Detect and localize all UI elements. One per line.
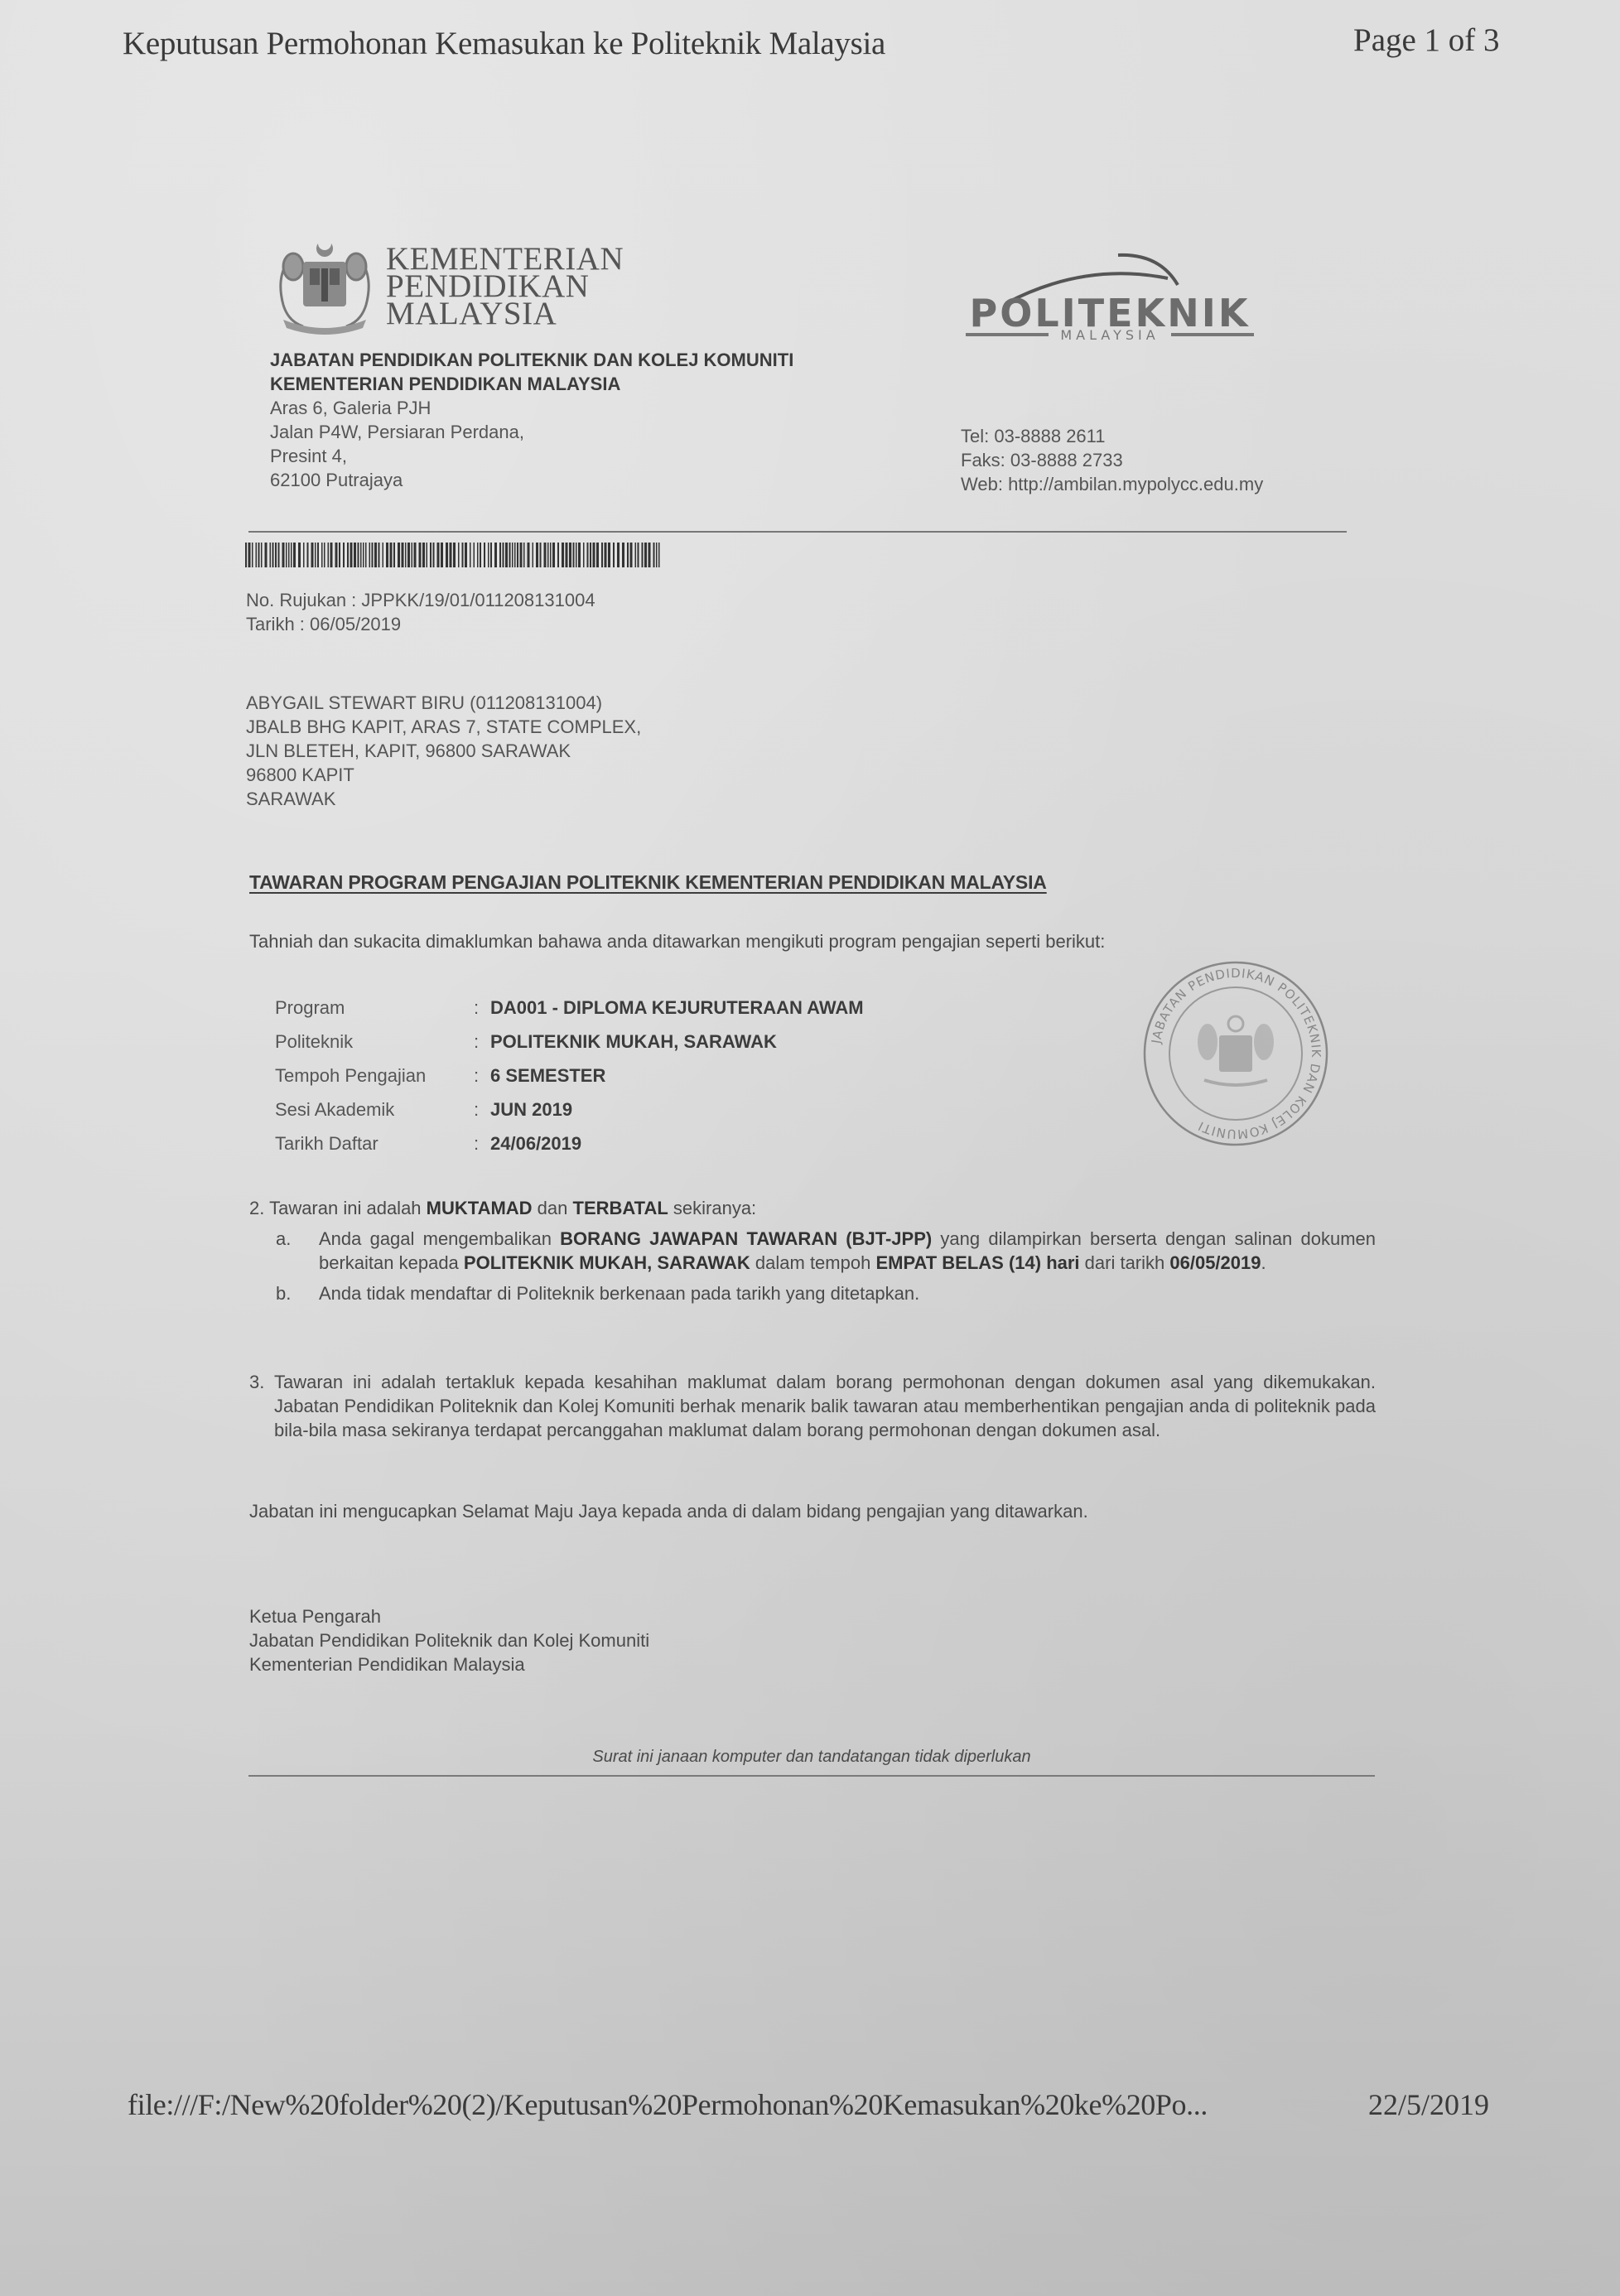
telephone: Tel: 03-8888 2611 bbox=[961, 424, 1263, 448]
reference-number: No. Rujukan : JPPKK/19/01/011208131004 bbox=[246, 588, 595, 612]
fax: Faks: 03-8888 2733 bbox=[961, 448, 1263, 472]
condition-b: b. Anda tidak mendaftar di Politeknik be… bbox=[276, 1281, 1376, 1305]
paragraph-3: 3. Tawaran ini adalah tertakluk kepada k… bbox=[249, 1370, 1376, 1442]
signatory-title: Ketua Pengarah bbox=[249, 1604, 649, 1628]
print-header-title: Keputusan Permohonan Kemasukan ke Polite… bbox=[123, 25, 885, 62]
contact-info: Tel: 03-8888 2611 Faks: 03-8888 2733 Web… bbox=[961, 424, 1263, 496]
recipient-address: ABYGAIL STEWART BIRU (011208131004) JBAL… bbox=[246, 691, 641, 811]
intro-paragraph: Tahniah dan sukacita dimaklumkan bahawa … bbox=[249, 931, 1105, 953]
header-divider bbox=[248, 531, 1347, 533]
condition-a: a. Anda gagal mengembalikan BORANG JAWAP… bbox=[276, 1227, 1376, 1275]
letter-date: Tarikh : 06/05/2019 bbox=[246, 612, 595, 636]
offer-details: Program:DA001 - DIPLOMA KEJURUTERAAN AWA… bbox=[275, 991, 864, 1160]
svg-text:MALAYSIA: MALAYSIA bbox=[1060, 327, 1159, 343]
print-footer-date: 22/5/2019 bbox=[1368, 2087, 1489, 2122]
paragraph-2-intro: 2. Tawaran ini adalah MUKTAMAD dan TERBA… bbox=[249, 1196, 1376, 1220]
reference-block: No. Rujukan : JPPKK/19/01/011208131004 T… bbox=[246, 588, 595, 636]
department-address: JABATAN PENDIDIKAN POLITEKNIK DAN KOLEJ … bbox=[270, 348, 793, 492]
print-footer-path: file:///F:/New%20folder%20(2)/Keputusan%… bbox=[128, 2087, 1208, 2122]
website: Web: http://ambilan.mypolycc.edu.my bbox=[961, 472, 1263, 496]
detail-row-politeknik: Politeknik:POLITEKNIK MUKAH, SARAWAK bbox=[275, 1025, 864, 1059]
official-stamp-icon: JABATAN PENDIDIKAN POLITEKNIK DAN KOLEJ … bbox=[1141, 959, 1330, 1148]
closing-paragraph: Jabatan ini mengucapkan Selamat Maju Jay… bbox=[249, 1499, 1088, 1523]
print-page-number: Page 1 of 3 bbox=[1353, 22, 1500, 59]
footer-divider bbox=[248, 1775, 1375, 1777]
politeknik-logo-icon: POLITEKNIK MALAYSIA bbox=[961, 245, 1259, 345]
detail-row-registration-date: Tarikh Daftar:24/06/2019 bbox=[275, 1126, 864, 1160]
detail-row-program: Program:DA001 - DIPLOMA KEJURUTERAAN AWA… bbox=[275, 991, 864, 1025]
detail-row-duration: Tempoh Pengajian:6 SEMESTER bbox=[275, 1059, 864, 1093]
barcode-icon bbox=[245, 543, 664, 567]
malaysia-coat-of-arms-icon bbox=[270, 239, 379, 336]
computer-generated-note: Surat ini janaan komputer dan tandatanga… bbox=[248, 1748, 1375, 1767]
detail-row-session: Sesi Akademik:JUN 2019 bbox=[275, 1093, 864, 1126]
ministry-name: KEMENTERIAN PENDIDIKAN MALAYSIA bbox=[386, 245, 624, 327]
paragraph-2: 2. Tawaran ini adalah MUKTAMAD dan TERBA… bbox=[249, 1196, 1376, 1305]
signoff-block: Ketua Pengarah Jabatan Pendidikan Polite… bbox=[249, 1604, 649, 1676]
letter-subject: TAWARAN PROGRAM PENGAJIAN POLITEKNIK KEM… bbox=[249, 871, 1047, 894]
